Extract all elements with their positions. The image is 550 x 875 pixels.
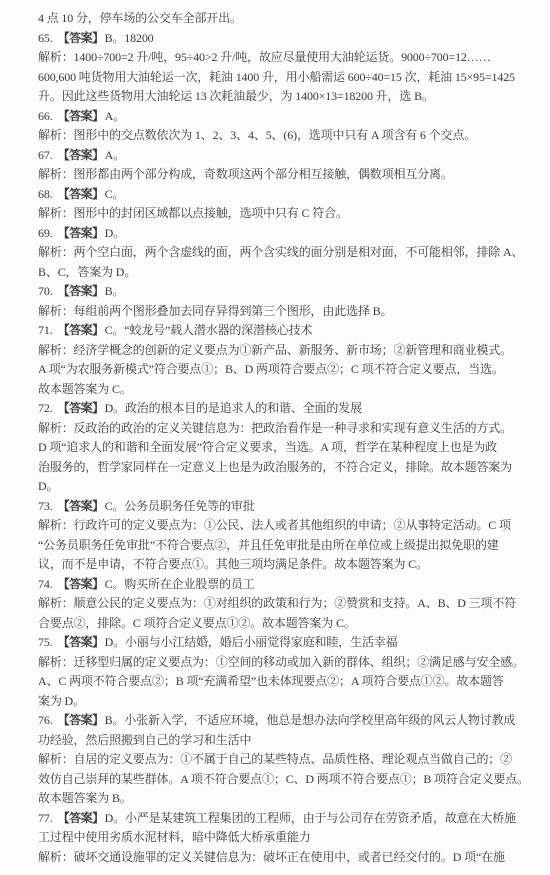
answer-text: B。18200 [105,31,154,45]
analysis-line: 合要点②，排除。C 项符合定义要点①②。故本题答案为 C。 [38,614,514,634]
item-number: 65. [38,31,53,45]
item-number: 69. [38,226,53,240]
answer-text: C。购买所在企业股票的员工 [105,577,255,591]
analysis-line: 功经验，然后照搬到自己的学习和生活中 [38,731,514,751]
analysis-line: 解析：行政许可的定义要点为：①公民、法人或者其他组织的申请；②从事特定活动。C … [38,516,514,536]
analysis-line: 解析：经济学概念的创新的定义要点为①新产品、新服务、新市场；②新管理和商业模式。 [38,341,514,361]
item-number: 71. [38,323,53,337]
answer-label: 【答案】 [58,148,104,162]
answer-label: 【答案】 [58,499,104,513]
answer-label: 【答案】 [58,284,104,298]
answer-text: C。“蛟龙号”载人潜水器的深潜核心技术 [105,323,313,337]
answer-text: C。 [105,187,125,201]
answer-item: 71.【答案】C。“蛟龙号”载人潜水器的深潜核心技术 解析：经济学概念的创新的定… [38,321,514,399]
analysis-line: 效仿自己崇拜的某些群体。A 项不符合要点①；C、D 两项不符合要点①；B 项符合… [38,770,514,790]
answer-text: D。小严是某建筑工程集团的工程师，由于与公司存在劳资矛盾，故意在大桥施 [105,811,516,825]
answer-line: 67.【答案】A。 [38,146,514,166]
analysis-line: 解析：反政治的政治的定义关键信息为：把政治看作是一种寻求和实现有意义生活的方式。 [38,419,514,439]
analysis-line: 解析：图形都由两个部分构成，奇数项这两个部分相互接触，偶数项相互分离。 [38,165,514,185]
analysis-line: 解析：两个空白面，两个含虚线的面，两个含实线的面分别是相对面，不可能相邻，排除 … [38,243,514,263]
answer-items: 65.【答案】B。18200 解析：1400÷700=2 升/吨，95÷40>2… [38,29,514,868]
answer-text: B。 [105,284,125,298]
analysis-line: B、C，答案为 D。 [38,263,514,283]
answer-label: 【答案】 [58,577,104,591]
answer-line: 68.【答案】C。 [38,185,514,205]
analysis-line: 解析：图形中的封闭区域都以点接触，选项中只有 C 符合。 [38,204,514,224]
answer-line: 71.【答案】C。“蛟龙号”载人潜水器的深潜核心技术 [38,321,514,341]
analysis-line: 解析：图形中的交点数依次为 1、2、3、4、5、(6)，选项中只有 A 项含有 … [38,126,514,146]
item-number: 75. [38,635,53,649]
analysis-line: 解析：1400÷700=2 升/吨，95÷40>2 升/吨，故应尽量使用大油轮运… [38,48,514,68]
answer-text: B。小张新入学，不适应环境，他总是想办法向学校里高年级的风云人物讨教成 [105,713,516,727]
answer-label: 【答案】 [58,635,104,649]
item-number: 74. [38,577,53,591]
item-number: 76. [38,713,53,727]
answer-text: A。 [105,109,125,123]
item-number: 73. [38,499,53,513]
answer-label: 【答案】 [58,187,104,201]
answer-item: 68.【答案】C。 解析：图形中的封闭区域都以点接触，选项中只有 C 符合。 [38,185,514,224]
answer-item: 66.【答案】A。 解析：图形中的交点数依次为 1、2、3、4、5、(6)，选项… [38,107,514,146]
analysis-line: 600,600 吨货物用大油轮运一次，耗油 1400 升，用小船需运 600÷4… [38,68,514,88]
answer-item: 70.【答案】B。 解析：每组前两个图形叠加去同存异得到第三个图形，由此选择 B… [38,282,514,321]
analysis-line: 工过程中使用劣质水泥材料，暗中降低大桥承重能力 [38,828,514,848]
answer-label: 【答案】 [58,401,104,415]
analysis-line: 升。因此这些货物用大油轮运 13 次耗油最少，为 1400×13=18200 升… [38,87,514,107]
item-number: 77. [38,811,53,825]
analysis-line: 解析：迁移型归属的定义要点为：①空间的移动或加入新的群体、组织；②满足感与安全感… [38,653,514,673]
answer-line: 77.【答案】D。小严是某建筑工程集团的工程师，由于与公司存在劳资矛盾，故意在大… [38,809,514,829]
lead-line: 4 点 10 分，停车场的公交车全部开出。 [38,9,514,29]
item-number: 68. [38,187,53,201]
analysis-line: 故本题答案为 C。 [38,380,514,400]
analysis-line: 治服务的，哲学家同样在一定意义上也是为政治服务的，不符合定义，排除。故本题答案为 [38,458,514,478]
analysis-line: 解析：顺意公民的定义要点为：①对组织的政策和行为；②赞赏和支持。A、B、D 三项… [38,594,514,614]
answer-line: 76.【答案】B。小张新入学，不适应环境，他总是想办法向学校里高年级的风云人物讨… [38,711,514,731]
analysis-line: “公务员职务任免审批”不符合要点②，并且任免审批是由所在单位或上级提出拟免职的建 [38,536,514,556]
answer-item: 73.【答案】C。公务员职务任免等的审批 解析：行政许可的定义要点为：①公民、法… [38,497,514,575]
answer-label: 【答案】 [58,109,104,123]
answer-item: 75.【答案】D。小丽与小江结婚，婚后小丽觉得家庭和睦，生活幸福 解析：迁移型归… [38,633,514,711]
answer-item: 74.【答案】C。购买所在企业股票的员工 解析：顺意公民的定义要点为：①对组织的… [38,575,514,634]
analysis-line: 解析：每组前两个图形叠加去同存异得到第三个图形，由此选择 B。 [38,302,514,322]
answer-item: 77.【答案】D。小严是某建筑工程集团的工程师，由于与公司存在劳资矛盾，故意在大… [38,809,514,868]
answer-item: 65.【答案】B。18200 解析：1400÷700=2 升/吨，95÷40>2… [38,29,514,107]
analysis-line: 解析：自居的定义要点为：①不属于自己的某些特点、品质性格、理论观点当做自己的；② [38,750,514,770]
answer-line: 74.【答案】C。购买所在企业股票的员工 [38,575,514,595]
answer-label: 【答案】 [58,323,104,337]
answer-item: 69.【答案】D。 解析：两个空白面，两个含虚线的面，两个含实线的面分别是相对面… [38,224,514,283]
answer-line: 72.【答案】D。政治的根本目的是追求人的和谐、全面的发展 [38,399,514,419]
answer-text: C。公务员职务任免等的审批 [105,499,255,513]
answer-label: 【答案】 [58,31,104,45]
item-number: 67. [38,148,53,162]
item-number: 70. [38,284,53,298]
answer-item: 67.【答案】A。 解析：图形都由两个部分构成，奇数项这两个部分相互接触，偶数项… [38,146,514,185]
analysis-line: D。 [38,477,514,497]
answer-line: 69.【答案】D。 [38,224,514,244]
analysis-line: A 项“为农服务新模式”符合要点①；B、D 两项符合要点②；C 项不符合定义要点… [38,360,514,380]
answer-item: 72.【答案】D。政治的根本目的是追求人的和谐、全面的发展 解析：反政治的政治的… [38,399,514,497]
document-page: 4 点 10 分，停车场的公交车全部开出。 65.【答案】B。18200 解析：… [0,0,550,875]
answer-text: D。 [105,226,125,240]
analysis-line: 议，而不是申请，不符合要点①。其他三项均满足条件。故本题答案为 C。 [38,555,514,575]
answer-item: 76.【答案】B。小张新入学，不适应环境，他总是想办法向学校里高年级的风云人物讨… [38,711,514,809]
answer-line: 65.【答案】B。18200 [38,29,514,49]
answer-text: D。政治的根本目的是追求人的和谐、全面的发展 [105,401,362,415]
answer-label: 【答案】 [58,811,104,825]
analysis-line: 故本题答案为 B。 [38,789,514,809]
answer-text: D。小丽与小江结婚，婚后小丽觉得家庭和睦，生活幸福 [105,635,398,649]
answer-label: 【答案】 [58,226,104,240]
analysis-line: 案为 D。 [38,692,514,712]
item-number: 72. [38,401,53,415]
answer-line: 70.【答案】B。 [38,282,514,302]
answer-line: 73.【答案】C。公务员职务任免等的审批 [38,497,514,517]
analysis-line: D 项“追求人的和谐和全面发展”符合定义要求，当选。A 项，哲学在某种程度上也是… [38,438,514,458]
item-number: 66. [38,109,53,123]
answer-label: 【答案】 [58,713,104,727]
answer-line: 75.【答案】D。小丽与小江结婚，婚后小丽觉得家庭和睦，生活幸福 [38,633,514,653]
analysis-line: A、C 两项不符合要点②；B 项“充满希望”也未体现要点②；A 项符合要点①②。… [38,672,514,692]
answer-line: 66.【答案】A。 [38,107,514,127]
answer-text: A。 [105,148,125,162]
analysis-line: 解析：破坏交通设施罪的定义关键信息为：破坏正在使用中，或者已经交付的。D 项“在… [38,848,514,868]
